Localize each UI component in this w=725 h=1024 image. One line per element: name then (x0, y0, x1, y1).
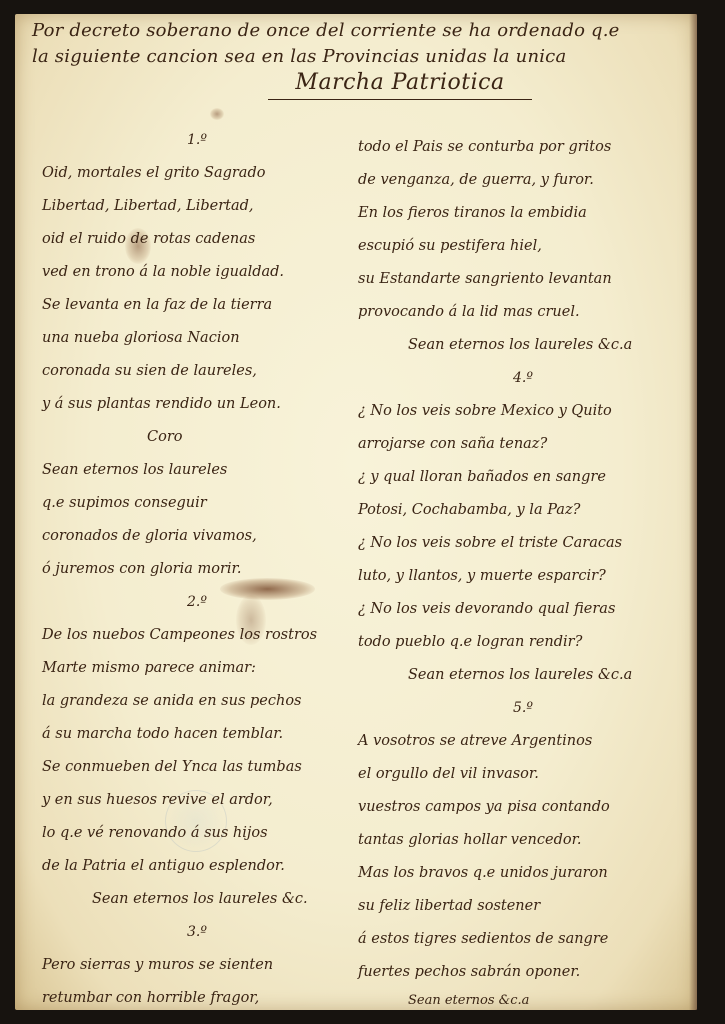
refrain-line: Sean eternos los laureles &c.a (358, 659, 688, 692)
verse-line: luto, y llantos, y muerte esparcir? (358, 560, 688, 593)
verse-line: su Estandarte sangriento levantan (358, 263, 688, 296)
verse-line: oid el ruido de rotas cadenas (42, 223, 352, 256)
verse-line: A vosotros se atreve Argentinos (358, 725, 688, 758)
verse-line: Se conmueben del Ynca las tumbas (42, 751, 352, 784)
refrain-line: Sean eternos los laureles &c. (42, 883, 352, 916)
verse-line: la grandeza se anida en sus pechos (42, 685, 352, 718)
right-column: todo el Pais se conturba por gritos de v… (358, 131, 688, 1013)
verse-line: ved en trono á la noble igualdad. (42, 256, 352, 289)
verse-line: y á sus plantas rendido un Leon. (42, 388, 352, 421)
verse-line: Marte mismo parece animar: (42, 652, 352, 685)
verse-line: el orgullo del vil invasor. (358, 758, 688, 791)
stanza-number: 3.º (42, 916, 352, 949)
verse-line: todo el Pais se conturba por gritos (358, 131, 688, 164)
verse-line: Pero sierras y muros se sienten (42, 949, 352, 982)
chorus-line: coronados de gloria vivamos, (42, 520, 352, 553)
refrain-line: Sean eternos los laureles &c.a (358, 329, 688, 362)
stanza-number: 2.º (42, 586, 352, 619)
verse-line: fuertes pechos sabrán oponer. (358, 956, 688, 989)
verse-line: vuestros campos ya pisa contando (358, 791, 688, 824)
verse-line: ¿ No los veis devorando qual fieras (358, 593, 688, 626)
verse-line: lo q.e vé renovando á sus hijos (42, 817, 352, 850)
verse-line: Mas los bravos q.e unidos juraron (358, 857, 688, 890)
chorus-heading: Coro (42, 421, 352, 454)
verse-line: y en sus huesos revive el ardor, (42, 784, 352, 817)
header-line-2: la siguiente cancion sea en las Provinci… (32, 44, 672, 70)
verse-line: de venganza, de guerra, y furor. (358, 164, 688, 197)
verse-line: provocando á la lid mas cruel. (358, 296, 688, 329)
chorus-line: ó juremos con gloria morir. (42, 553, 352, 586)
ink-spot (210, 108, 224, 120)
verse-line: coronada su sien de laureles, (42, 355, 352, 388)
verse-line: Se levanta en la faz de la tierra (42, 289, 352, 322)
verse-line: ¿ y qual lloran bañados en sangre (358, 461, 688, 494)
verse-line: todo pueblo q.e logran rendir? (358, 626, 688, 659)
verse-line: retumbar con horrible fragor, (42, 982, 352, 1015)
verse-line: á su marcha todo hacen temblar. (42, 718, 352, 751)
verse-line: á estos tigres sedientos de sangre (358, 923, 688, 956)
verse-line: escupió su pestifera hiel, (358, 230, 688, 263)
refrain-line: Sean eternos &c.a (358, 989, 688, 1013)
verse-line: una nueba gloriosa Nacion (42, 322, 352, 355)
decree-header: Por decreto soberano de once del corrien… (32, 18, 672, 70)
verse-line: de la Patria el antiguo esplendor. (42, 850, 352, 883)
verse-line: Potosi, Cochabamba, y la Paz? (358, 494, 688, 527)
verse-line: arrojarse con saña tenaz? (358, 428, 688, 461)
verse-line: ¿ No los veis sobre Mexico y Quito (358, 395, 688, 428)
stanza-number: 4.º (358, 362, 688, 395)
chorus-line: q.e supimos conseguir (42, 487, 352, 520)
verse-line: En los fieros tiranos la embidia (358, 197, 688, 230)
verse-line: tantas glorias hollar vencedor. (358, 824, 688, 857)
chorus-line: Sean eternos los laureles (42, 454, 352, 487)
stanza-number: 1.º (42, 124, 352, 157)
verse-line: ¿ No los veis sobre el triste Caracas (358, 527, 688, 560)
stanza-number: 5.º (358, 692, 688, 725)
verse-line: Oid, mortales el grito Sagrado (42, 157, 352, 190)
verse-line: su feliz libertad sostener (358, 890, 688, 923)
document-title: Marcha Patriotica (268, 70, 532, 100)
left-column: 1.º Oid, mortales el grito Sagrado Liber… (42, 124, 352, 1015)
verse-line: Libertad, Libertad, Libertad, (42, 190, 352, 223)
verse-line: De los nuebos Campeones los rostros (42, 619, 352, 652)
header-line-1: Por decreto soberano de once del corrien… (32, 18, 672, 44)
